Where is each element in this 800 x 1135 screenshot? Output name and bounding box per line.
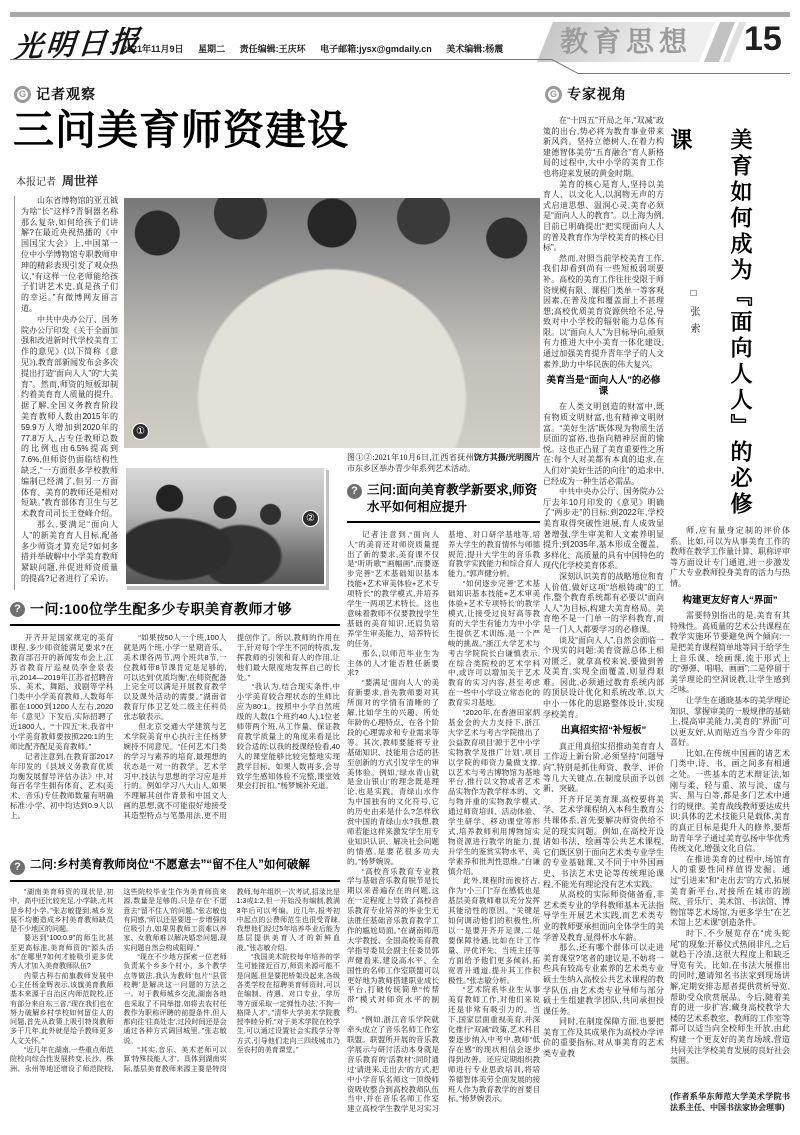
paragraph: 师,应有量身定制的评价体系。比如,可以为从事美育工作的教师在教学工作量计算、职称… (670, 526, 790, 590)
paragraph: “艺术院系毕业生从事美育教师工作,对他们来说还是非常有吸引力的。当下,国家层面重… (448, 985, 540, 1104)
paragraph: 深刻认识美育的战略地位和育人价值,做好这项“培根铸魂”的工作,整个教育系统都有必… (543, 572, 664, 636)
question-two-title: 二问:乡村美育教师岗位“不愿意去”“留不住人”如何破解 (30, 858, 310, 874)
kicker-label: 记者观察 (36, 84, 96, 104)
masthead-top-bar (10, 12, 790, 17)
expert-column-right: 师,应有量身定制的评价体系。比如,可以为从事美育工作的教师在教学工作量计算、职称… (670, 526, 790, 1086)
expert-author-note: (作者系华东师范大学美术学院书法系主任、中国书法家协会理事) (670, 1092, 790, 1113)
newspaper-page: 光明日报 2021年11月9日 星期二 责任编辑:王庆环 电子邮箱:jysx@g… (0, 0, 800, 1135)
masthead-rule (578, 73, 790, 74)
paragraph: “如果按50人一个班,100人就是两个班,小学一星期音乐、美术课各两节,两个班共… (123, 633, 226, 722)
paragraph: 真正用真招实招推动美育育人工作迈上新台阶,必须坚持“问题导向”,特别是抓住师资、… (543, 742, 664, 795)
kicker-label: 专家视角 (567, 84, 627, 104)
date-text: 2021年11月9日 (122, 44, 184, 54)
paragraph: “我国美术院校每年培养的学生可能接近百万,师资来源可能不是问题,但是要把桥架设起… (237, 953, 340, 1055)
byline-label: 本报记者 (16, 177, 56, 188)
expert-kicker: G 专家视角 (545, 84, 627, 104)
photo-caption-text: 图①②:2021年10月6日,江西省抚州市东乡区举办青少年系列艺术活动。 (347, 453, 475, 473)
paragraph: 那么,要满足“面向人人”的新美育育人目标,配备多少师资才算充足?如何多措并举破解… (21, 520, 118, 585)
paragraph: 然而,对照当前学校美育工作,我们却看到尚有一些短板弱项要补。高校的美育工作往往受… (543, 254, 664, 371)
paragraph: 要达到“100:0.9”的师生比甚至更高标准,美育师资的“源头活水”在哪里?如何… (10, 934, 113, 971)
photo-caption: 饶方其摄/光明图片 图①②:2021年10月6日,江西省抚州市东乡区举办青少年系… (347, 452, 540, 474)
paragraph: “现在不少地方探索一位老师负责某个乡多个村小、多个教学点等做法,我认为教师‘包片… (123, 953, 226, 1046)
section-question-one: ? 一问:100位学生配多少专职美育教师才够 开齐开足国家规定的美育课程,多少师… (10, 600, 340, 853)
question-two-body: “湖南美育师资的现状是,初中、高中还比较充足,小学缺,尤其是乡村小学。”张志敏提… (10, 888, 340, 1132)
question-mark-icon: ? (347, 484, 362, 499)
photo-children-performing: ② (124, 466, 326, 586)
photo-number-badge: ② (302, 510, 319, 527)
paragraph: 那么,以师范毕业生为主体的人才能否胜任新要求? (347, 649, 439, 679)
photo-credit: 饶方其摄/光明图片 (474, 452, 540, 463)
question-three-title: 三问:面向美育教学新要求,师资水平如何相应提升 (367, 482, 540, 516)
paragraph: 需要特别指出的是,美育有其特殊性。高质量的艺术公共课程在教学实施环节要避免两个倾… (670, 611, 790, 696)
reporter-kicker: G 记者观察 (14, 84, 96, 104)
photo-children-drawing: ① (124, 198, 540, 448)
paragraph: 让学生在通晓基本的美学理论知识、掌握审美的一般规律的基础上,提高审美能力,美育的… (670, 696, 790, 749)
question-three-header: ? 三问:面向美育教学新要求,师资水平如何相应提升 (347, 482, 540, 523)
editor-text: 责任编辑:王庆环 (240, 44, 306, 54)
section-plate: 教育思想 (537, 22, 715, 62)
paragraph: 开齐开足美育课,高校要将美学、艺术学课程纳入本科生教育公共课体系,首先要解决师资… (543, 795, 664, 890)
column-subhead: 构建更友好育人“界面” (670, 596, 790, 607)
section-question-two: ? 二问:乡村美育教师岗位“不愿意去”“留不住人”如何破解 “湖南美育师资的现状… (10, 858, 340, 1135)
paragraph: “如何逐步完善‘艺术基础知识基本技能+艺术审美体验+艺术专项特长’的教学模式,让… (448, 579, 540, 708)
byline: 本报记者周世祥 (16, 172, 98, 189)
expert-column-left: 在“十四五”开局之年,“双减”政策的出台,势必将为教育事业带来新风尚。坚持立德树… (543, 116, 664, 1132)
paragraph: 中共中央办公厅、国务院办公厅去年10月印发的《意见》明确了“两步走”的目标:到2… (543, 487, 664, 572)
paragraph: 美育的核心是育人,坚持以美育人、以文化人,以润物无声的方式启迪思想、温润心灵,美… (543, 180, 664, 254)
paragraph: 在“十四五”开局之年,“双减”政策的出台,势必将为教育事业带来新风尚。坚持立德树… (543, 116, 664, 180)
question-mark-icon: ? (10, 602, 25, 617)
main-headline: 三问美育师资建设 (13, 108, 353, 153)
paragraph: “高校音乐教育专业教学与基础音乐教育脱节是长期以来普遍存在的问题,这在一定程度上… (347, 867, 439, 1016)
photo-number-badge: ① (132, 423, 149, 440)
paragraph: 从高校的实际师资储备看,非艺术类专业的学科教师基本无法指导学生开展艺术实践,而艺… (543, 890, 664, 943)
section-question-three: ? 三问:面向美育教学新要求,师资水平如何相应提升 记者注意到,“面向人人”的美… (347, 482, 540, 1135)
page-number: 15 (744, 20, 782, 59)
paragraph: 在推进美育的过程中,场馆育人的重要性同样值得发掘。通过“引进来”和“走出去”的方… (670, 855, 790, 929)
question-one-title: 一问:100位学生配多少专职美育教师才够 (30, 600, 292, 619)
masthead-rule (10, 59, 552, 60)
paragraph: 中共中央办公厅、国务院办公厅印发《关于全面加强和改进新时代学校美育工作的意见》(… (21, 315, 118, 520)
question-mark-icon: ? (10, 860, 25, 875)
paragraph: 记者注意到,“面向人人”的美育还对师资质量提出了新的要求,美育课不仅是“听听歌”… (347, 530, 439, 649)
art-editor-text: 美术编辑:杨震 (446, 44, 503, 54)
author-prefix: □ (688, 288, 699, 306)
lead-text-column: 山东省博物馆的亚丑钺为啥“长”这样?青铜器名称那么复杂,如何给孩子们讲解?在最近… (14, 196, 118, 590)
email-text: 电子邮箱:jysx@gmdaily.cn (320, 44, 432, 54)
question-one-body: 开齐开足国家规定的美育课程,多少师资能满足要求?在教育部召开的新闻发布会上,江苏… (10, 633, 340, 851)
expert-author: □张索 (686, 288, 701, 340)
gmw-g-icon: G (14, 86, 31, 103)
paragraph: 同时,在制度保障方面,也要把美育工作及其成果作为高校办学评价的重要指标,对从事美… (543, 1017, 664, 1059)
column-subhead: 美育当是“面向人人”的必修课 (543, 376, 664, 397)
question-one-header: ? 一问:100位学生配多少专职美育教师才够 (10, 600, 340, 626)
question-three-body: 记者注意到,“面向人人”的美育还对师资质量提出了新的要求,美育课不仅是“听听歌”… (347, 530, 540, 1128)
expert-vertical-headline: 美育如何成为『面向人人』的必修课 (706, 128, 770, 530)
paragraph: 谈及“面向人人”,自然会面临一个现实的问题:美育资源总体上相对匮乏。就拿高校来说… (543, 636, 664, 721)
paragraph: 那么,还有哪个群体可以走进美育课堂?笔者的建议是,不妨将一些具有较高专业素养的艺… (543, 943, 664, 1017)
paragraph: 比如,在传统中国画的诸艺术门类中,诗、书、画之间多有相通之处。一些基本的艺术辩证… (670, 749, 790, 855)
weekday-text: 星期二 (198, 44, 225, 54)
gmw-g-icon: G (545, 86, 562, 103)
question-two-header: ? 二问:乡村美育教师岗位“不愿意去”“留不住人”如何破解 (10, 858, 340, 882)
paragraph: 此外,课程时而被挤占,作为“小三门”存在感低也是基层美育教师难以充分发挥其能动性… (448, 876, 540, 985)
paragraph: 时下,不少展览存在“虎头蛇尾”的现象:开幕仪式热闹非凡,之后就趋于冷清,这很大程… (670, 929, 790, 1067)
column-subhead: 出真招实招“补短板” (543, 726, 664, 737)
paragraph: 在人类文明创造的财富中,既有物质文明财富,也有精神文明财富。“美好生活”既体现为… (543, 402, 664, 487)
byline-name: 周世祥 (62, 174, 98, 188)
paragraph: 山东省博物馆的亚丑钺为啥“长”这样?青铜器名称那么复杂,如何给孩子们讲解?在最近… (21, 196, 118, 315)
paragraph: “我认为,结合现实条件,中小学美育较合理状态的生师比应为80:1。按照中小学自然… (237, 682, 340, 791)
paragraph: “要满足‘面向人人’的美育新要求,首先教师要对其所面对的学情有清晰的了解,比如学… (347, 678, 439, 866)
masthead-dateline: 2021年11月9日 星期二 责任编辑:王庆环 电子邮箱:jysx@gmdail… (122, 42, 515, 55)
paragraph: “湖南美育师资的现状是,初中、高中还比较充足,小学缺,尤其是乡村小学。”张志敏提… (10, 888, 113, 934)
paragraph: 内蒙古科右前旗教师发展中心主任杨金辉表示,该旗美育教师基本来源于自治区内师范院校… (10, 972, 113, 1046)
paragraph: 记者注意到,在教育部2017年印发的《县域义务教育优质均衡发展督导评估办法》中,… (10, 752, 113, 821)
paragraph: “2020年,在香港田家炳基金会的大力支持下,浙江大学艺术与考古学院推出了公益教… (448, 708, 540, 876)
section-title: 教育思想 (545, 22, 707, 62)
author-name: 张索 (688, 306, 699, 340)
paragraph: 开齐开足国家规定的美育课程,多少师资能满足要求?在教育部召开的新闻发布会上,江苏… (10, 633, 113, 752)
